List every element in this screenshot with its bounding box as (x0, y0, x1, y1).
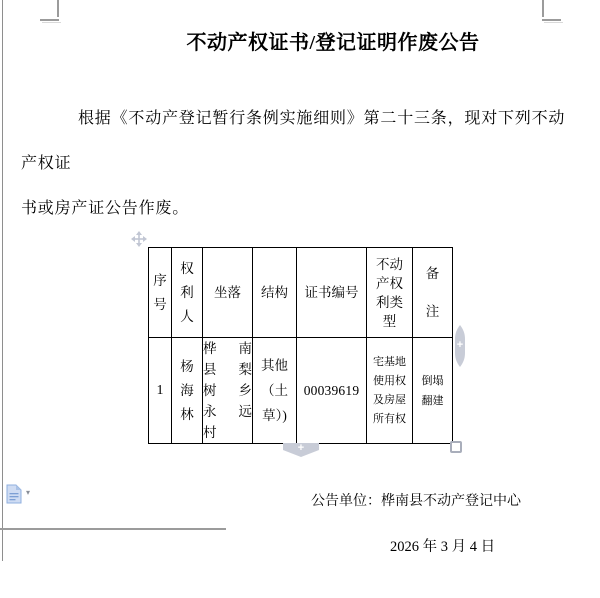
text-boundary-corner-mark-top-right (542, 0, 564, 24)
text-boundary-corner-mark-top-left (40, 0, 62, 24)
document-page: 不动产权证书/登记证明作废公告 根据《不动产登记暂行条例实施细则》第二十三条，现… (0, 0, 600, 598)
page-left-edge-line (2, 0, 3, 561)
header-index[interactable]: 序 号 (149, 248, 172, 338)
cell-structure[interactable]: 其他 （土 草）) (253, 338, 297, 444)
header-rights-holder[interactable]: 权 利 人 (172, 248, 203, 338)
table-header-row: 序 号 权 利 人 坐落 结构 证书编号 不动 产权 利类 型 备 注 (149, 248, 453, 338)
table-row: 1 杨 海 林 桦南 县梨 树乡 永远 村 其他 （土 草）) 00039619… (149, 338, 453, 444)
add-row-button[interactable]: + (283, 443, 319, 457)
document-title[interactable]: 不动产权证书/登记证明作废公告 (66, 30, 600, 56)
header-certificate-number[interactable]: 证书编号 (297, 248, 367, 338)
document-body-paragraph[interactable]: 根据《不动产登记暂行条例实施细则》第二十三条，现对下列不动产权证 书或房产证公告… (21, 96, 581, 231)
date-line[interactable]: 2026 年 3 月 4 日 (390, 538, 495, 556)
paste-options-dropdown-arrow[interactable]: ▾ (26, 488, 30, 498)
header-remark[interactable]: 备 注 (413, 248, 453, 338)
certificates-table: 序 号 权 利 人 坐落 结构 证书编号 不动 产权 利类 型 备 注 1 杨 … (148, 247, 453, 444)
cell-rights-holder[interactable]: 杨 海 林 (172, 338, 203, 444)
cell-remark[interactable]: 倒塌 翻建 (413, 338, 453, 444)
cell-right-type[interactable]: 宅基地 使用权 及房屋 所有权 (367, 338, 413, 444)
table-move-handle-icon[interactable] (131, 231, 147, 247)
plus-icon: + (454, 338, 466, 352)
table-resize-handle-icon[interactable] (450, 441, 462, 453)
header-right-type[interactable]: 不动 产权 利类 型 (367, 248, 413, 338)
cell-certificate-number[interactable]: 00039619 (297, 338, 367, 444)
cell-index[interactable]: 1 (149, 338, 172, 444)
plus-icon: + (283, 442, 319, 454)
cell-location[interactable]: 桦南 县梨 树乡 永远 村 (203, 338, 253, 444)
paste-options-icon[interactable] (6, 484, 22, 504)
add-column-button[interactable]: + (454, 325, 466, 367)
bottom-left-divider-line (0, 528, 226, 530)
header-location[interactable]: 坐落 (203, 248, 253, 338)
issuer-line[interactable]: 公告单位：桦南县不动产登记中心 (311, 493, 521, 511)
header-structure[interactable]: 结构 (253, 248, 297, 338)
